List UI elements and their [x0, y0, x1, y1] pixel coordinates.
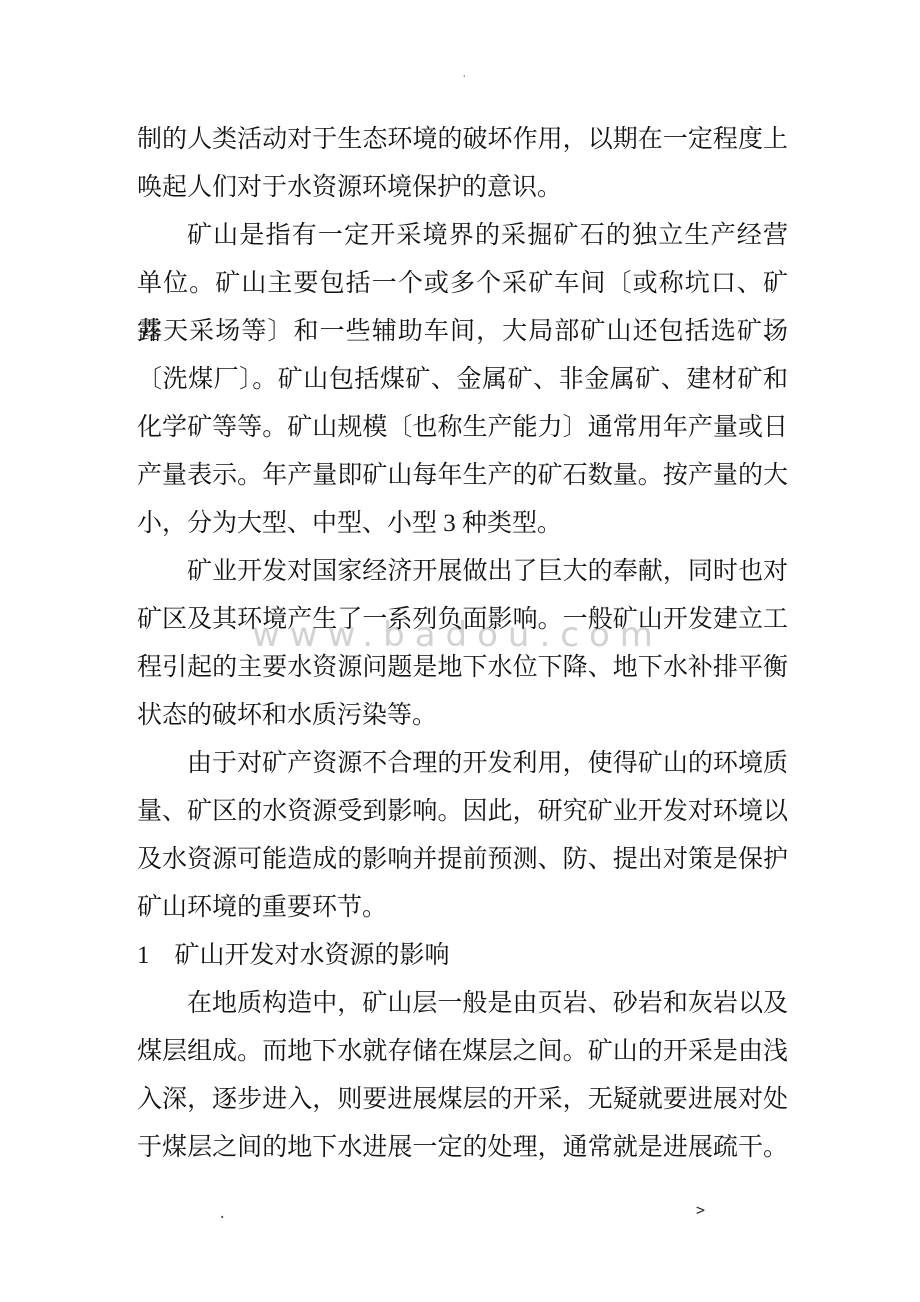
text-line: 矿业开发对国家经济开展做出了巨大的奉献，同时也对: [137, 548, 788, 596]
text-line: 于煤层之间的地下水进展一定的处理，通常就是进展疏干。: [137, 1124, 788, 1172]
stray-dot-bottom: .: [218, 1207, 226, 1221]
text-line: 露天采场等〕和一些辅助车间，大局部矿山还包括选矿场: [137, 308, 788, 356]
text-line: 〔洗煤厂〕。矿山包括煤矿、金属矿、非金属矿、建材矿和: [137, 356, 788, 404]
text-line: 单位。矿山主要包括一个或多个采矿车间〔或称坑口、矿井、: [137, 260, 788, 308]
text-line: 产量表示。年产量即矿山每年生产的矿石数量。按产量的大: [137, 452, 788, 500]
text-line: 矿山是指有一定开采境界的采掘矿石的独立生产经营: [137, 212, 788, 260]
text-line: 及水资源可能造成的影响并提前预测、防、提出对策是保护: [137, 836, 788, 884]
text-line: 化学矿等等。矿山规模〔也称生产能力〕通常用年产量或日: [137, 404, 788, 452]
text-line: 制的人类活动对于生态环境的破坏作用，以期在一定程度上: [137, 116, 788, 164]
text-line: 小，分为大型、中型、小型 3 种类型。: [137, 500, 788, 548]
text-line: 在地质构造中，矿山层一般是由页岩、砂岩和灰岩以及: [137, 980, 788, 1028]
text-line: 唤起人们对于水资源环境保护的意识。: [137, 164, 788, 212]
text-line: 煤层组成。而地下水就存储在煤层之间。矿山的开采是由浅: [137, 1028, 788, 1076]
stray-dot-top: .: [461, 68, 468, 79]
text-line: 程引起的主要水资源问题是地下水位下降、地下水补排平衡: [137, 644, 788, 692]
text-line: 入深，逐步进入，则要进展煤层的开采，无疑就要进展对处: [137, 1076, 788, 1124]
text-line: 矿山环境的重要环节。: [137, 884, 788, 932]
text-line: 由于对矿产资源不合理的开发利用，使得矿山的环境质: [137, 740, 788, 788]
stray-caret-bottom: >: [696, 1203, 705, 1218]
text-line: 状态的破坏和水质污染等。: [137, 692, 788, 740]
section-heading: 1 矿山开发对水资源的影响: [137, 932, 788, 980]
text-line: 量、矿区的水资源受到影响。因此，研究矿业开发对环境以: [137, 788, 788, 836]
text-line: 矿区及其环境产生了一系列负面影响。一般矿山开发建立工: [137, 596, 788, 644]
document-text-block: 制的人类活动对于生态环境的破坏作用，以期在一定程度上 唤起人们对于水资源环境保护…: [137, 116, 788, 1172]
document-page: www.badou.com . 制的人类活动对于生态环境的破坏作用，以期在一定程…: [0, 0, 920, 1302]
